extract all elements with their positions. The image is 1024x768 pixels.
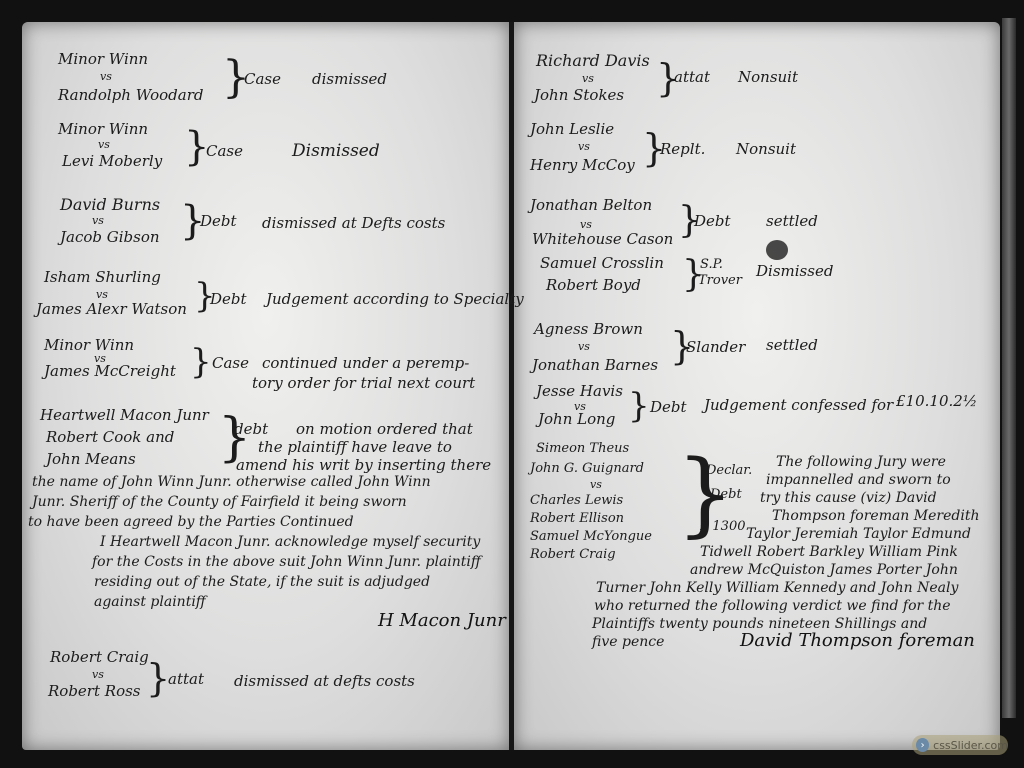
- signature: H Macon Junr: [378, 610, 506, 631]
- result: dismissed: [312, 70, 387, 88]
- result: Dismissed: [292, 142, 380, 160]
- versus: vs: [92, 668, 104, 681]
- defendant: Robert Craig: [530, 546, 616, 564]
- result: Dismissed: [756, 262, 833, 280]
- chevron-right-icon: ›: [916, 738, 929, 752]
- action: Case: [244, 70, 281, 88]
- plaintiff: Simeon Theus: [536, 440, 629, 458]
- defendant: Levi Moberly: [62, 152, 162, 170]
- action: attat: [674, 68, 710, 86]
- defendant: James McCreight: [44, 362, 176, 380]
- result: Nonsuit: [736, 140, 796, 158]
- plaintiff: Jonathan Belton: [530, 196, 652, 214]
- plaintiff: Isham Shurling: [44, 268, 161, 286]
- text-line: Junr. Sheriff of the County of Fairfield…: [32, 492, 407, 513]
- result: continued under a peremp-: [262, 354, 469, 372]
- book-scan: Minor Winn vs Randolph Woodard } Case di…: [0, 0, 1024, 768]
- action: Debt: [650, 398, 687, 416]
- plaintiff: Heartwell Macon Junr: [40, 406, 209, 424]
- plaintiff: John Means: [46, 450, 136, 468]
- result: Nonsuit: [738, 68, 798, 86]
- text-line: against plaintiff: [94, 592, 206, 613]
- brace: }: [190, 342, 212, 382]
- defendant: Whitehouse Cason: [532, 230, 673, 248]
- result: on motion ordered that: [296, 420, 473, 438]
- defendant: James Alexr Watson: [36, 300, 187, 318]
- result: tory order for trial next court: [252, 374, 475, 392]
- action: Declar.: [706, 462, 752, 480]
- versus: vs: [100, 70, 112, 83]
- action: Debt: [710, 486, 742, 504]
- action: attat: [168, 670, 204, 688]
- brace: }: [146, 656, 170, 700]
- text-line: residing out of the State, if the suit i…: [94, 572, 430, 593]
- result: dismissed at defts costs: [234, 672, 415, 690]
- defendant: Robert Boyd: [546, 276, 641, 294]
- versus: vs: [582, 72, 594, 85]
- defendant: Henry McCoy: [530, 156, 635, 174]
- result: dismissed at Defts costs: [262, 214, 445, 232]
- text-line: five pence: [592, 632, 664, 653]
- signature: David Thompson foreman: [740, 630, 975, 651]
- versus: vs: [578, 140, 590, 153]
- defendant: Robert Ellison: [530, 510, 624, 528]
- defendant: Charles Lewis: [530, 492, 623, 510]
- action: Debt: [694, 212, 731, 230]
- plaintiff: David Burns: [60, 196, 160, 214]
- defendant: John Stokes: [534, 86, 624, 104]
- versus: vs: [578, 340, 590, 353]
- plaintiff: Robert Craig: [50, 648, 149, 666]
- defendant: Jonathan Barnes: [532, 356, 658, 374]
- defendant: Robert Ross: [48, 682, 141, 700]
- ink-stain: [766, 240, 788, 260]
- text-line: to have been agreed by the Parties Conti…: [28, 512, 354, 533]
- page-edge: [1002, 18, 1016, 718]
- amount: £ 1300: [700, 518, 746, 536]
- action: debt: [234, 420, 268, 438]
- defendant: Samuel McYongue: [530, 528, 652, 546]
- plaintiff: Minor Winn: [58, 50, 148, 68]
- amount: £10.10.2½: [896, 392, 977, 410]
- action: Trover: [698, 272, 742, 290]
- defendant: John Long: [538, 410, 615, 428]
- result: settled: [766, 336, 818, 354]
- result: Judgement according to Specialty: [266, 290, 524, 308]
- action: Case: [206, 142, 243, 160]
- plaintiff: John Leslie: [530, 120, 614, 138]
- defendant: Randolph Woodard: [58, 86, 203, 104]
- versus: vs: [98, 138, 110, 151]
- result: the plaintiff have leave to: [258, 438, 452, 456]
- watermark-text: cssSlider.com: [933, 739, 1008, 752]
- action: Replt.: [660, 140, 705, 158]
- versus: vs: [590, 478, 602, 491]
- plaintiff: Robert Cook and: [46, 428, 174, 446]
- text-line: for the Costs in the above suit John Win…: [92, 552, 481, 573]
- action: Slander: [686, 338, 745, 356]
- result: settled: [766, 212, 818, 230]
- plaintiff: Minor Winn: [58, 120, 148, 138]
- result: Judgement confessed for: [704, 396, 893, 414]
- defendant: Jacob Gibson: [60, 228, 160, 246]
- plaintiff: Jesse Havis: [536, 382, 623, 400]
- text-line: I Heartwell Macon Junr. acknowledge myse…: [100, 532, 480, 553]
- plaintiff: Samuel Crosslin: [540, 254, 664, 272]
- action: Case: [212, 354, 249, 372]
- versus: vs: [92, 214, 104, 227]
- plaintiff: John G. Guignard: [530, 460, 644, 478]
- plaintiff: Richard Davis: [536, 52, 650, 70]
- plaintiff: Agness Brown: [534, 320, 643, 338]
- watermark-badge[interactable]: › cssSlider.com: [912, 735, 1008, 755]
- action: Debt: [210, 290, 247, 308]
- plaintiff: Minor Winn: [44, 336, 134, 354]
- action: Debt: [200, 212, 237, 230]
- brace: }: [628, 386, 650, 426]
- text-line: the name of John Winn Junr. otherwise ca…: [32, 472, 431, 493]
